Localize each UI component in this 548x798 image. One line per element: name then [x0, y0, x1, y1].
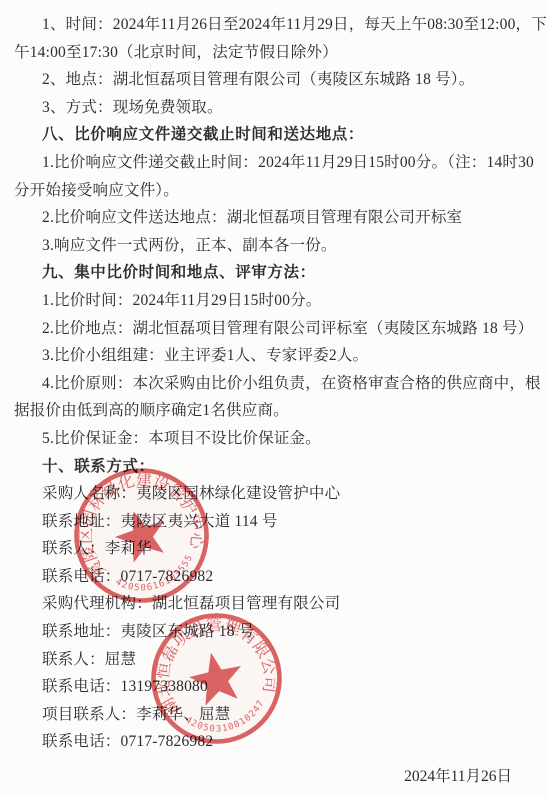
doc-line: 2.比价响应文件送达地点：湖北恒磊项目管理有限公司开标室	[14, 204, 516, 232]
doc-line: 3、方式：现场免费领取。	[14, 94, 516, 122]
doc-line: 1、时间：2024年11月26日至2024年11月29日，每天上午08:30至1…	[14, 11, 516, 39]
doc-line: 项目联系人：李莉华、屈慧	[14, 701, 516, 729]
doc-line: 3.比价小组组建：业主评委1人、专家评委2人。	[14, 342, 516, 370]
doc-line: 午14:00至17:30（北京时间，法定节假日除外）	[14, 39, 516, 67]
section-heading: 十、联系方式：	[14, 453, 516, 481]
doc-line: 5.比价保证金：本项目不设比价保证金。	[14, 425, 516, 453]
doc-line: 联系电话：0717-7826982	[14, 728, 516, 756]
doc-line: 2.比价地点：湖北恒磊项目管理有限公司评标室（夷陵区东城路 18 号）	[14, 315, 516, 343]
doc-line: 据报价由低到高的顺序确定1名供应商。	[14, 397, 516, 425]
doc-line: 1.比价时间：2024年11月29日15时00分。	[14, 287, 516, 315]
doc-line: 1.比价响应文件递交截止时间：2024年11月29日15时00分。（注：14时3…	[14, 149, 516, 177]
document-body: 1、时间：2024年11月26日至2024年11月29日，每天上午08:30至1…	[14, 11, 516, 791]
doc-line: 联系人：屈慧	[14, 646, 516, 674]
doc-line: 联系地址：夷陵区东城路 18 号	[14, 618, 516, 646]
doc-line: 分开始接受响应文件）。	[14, 177, 516, 205]
doc-line: 联系地址：夷陵区夷兴大道 114 号	[14, 508, 516, 536]
document-date: 2024年11月26日	[14, 763, 516, 791]
section-heading: 八、比价响应文件递交截止时间和送达地点：	[14, 121, 516, 149]
doc-line: 3.响应文件一式两份，正本、副本各一份。	[14, 232, 516, 260]
doc-line: 采购人名称：夷陵区园林绿化建设管护中心	[14, 480, 516, 508]
document-page: 1、时间：2024年11月26日至2024年11月29日，每天上午08:30至1…	[0, 0, 548, 798]
section-heading: 九、集中比价时间和地点、评审方法：	[14, 259, 516, 287]
doc-line: 联系电话：0717-7826982	[14, 563, 516, 591]
doc-line: 采购代理机构：湖北恒磊项目管理有限公司	[14, 590, 516, 618]
doc-line: 联系人：李莉华	[14, 535, 516, 563]
doc-line: 联系电话：13197338080	[14, 673, 516, 701]
doc-line: 2、地点：湖北恒磊项目管理有限公司（夷陵区东城路 18 号）。	[14, 66, 516, 94]
doc-line: 4.比价原则：本次采购由比价小组负责，在资格审查合格的供应商中，根	[14, 370, 516, 398]
